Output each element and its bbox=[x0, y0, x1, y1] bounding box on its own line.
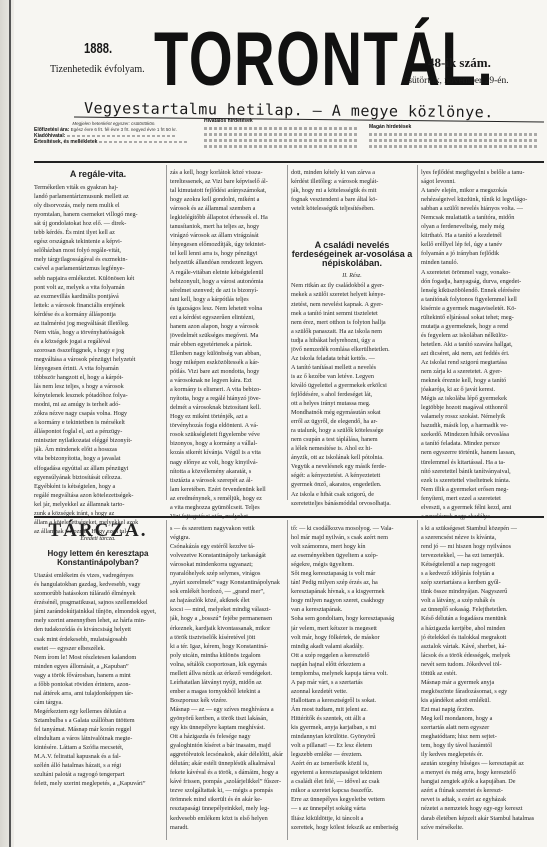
private-ads-text bbox=[369, 139, 539, 142]
text-line: nézetei a nemzetek hogy egy-egy kereszt bbox=[421, 804, 543, 813]
text-line: pótlás. Vizi bare azt mondotta, hogy bbox=[170, 367, 284, 376]
text-line: zás a kell, hogy korlátok közé vissza- bbox=[170, 168, 284, 177]
text-line: vita bebizonyította, hogy a javaslat bbox=[34, 454, 162, 463]
text-line: M.A.V. felirattal kapusnak és a fal- bbox=[34, 752, 162, 761]
text-line: elfogadása egyúttal az állam pénzügyi bbox=[34, 464, 162, 473]
article-column-2: zás a kell, hogy korlátok közé vissza-te… bbox=[170, 168, 284, 521]
text-line: kedvesebb emlékem közt is első helyen bbox=[170, 814, 284, 823]
text-line: tünk össze mindnyájan. Nagyszerű bbox=[421, 587, 543, 596]
text-line: cám tárgya. bbox=[34, 698, 162, 707]
text-line: elindultam a város látnivalóinak megte- bbox=[34, 734, 162, 743]
text-line: kis gyermek, anyja karjaiban, s mi bbox=[291, 723, 413, 732]
text-line: azért a fiúnak szeretet és kereszt- bbox=[421, 786, 543, 795]
official-ads-label: Hivatalos hirdetések bbox=[204, 118, 253, 124]
text-line: a tanító feladata. Mindez persze bbox=[421, 439, 543, 448]
text-line: maradt. bbox=[170, 823, 284, 832]
text-line: jövő nemzedék romlása elkerülhetetlen. bbox=[291, 345, 413, 354]
text-line: kérdése és a kormány álláspontja bbox=[34, 310, 162, 319]
text-line: Csónakázás egy estéről kezdve tá- bbox=[170, 542, 284, 551]
text-line: szultáni palotát a ragyogó tengerpart bbox=[34, 770, 162, 779]
text-line: lényegesen érinti. A vita folyamán bbox=[34, 364, 162, 373]
text-line: szerettek, hogy kölest fekszik az emberi… bbox=[291, 823, 413, 832]
text-line: rend jó — mi hiszen hogy nyilvános bbox=[421, 542, 543, 551]
text-line: a lélek nemesítése is. Ahol ez hi- bbox=[291, 444, 413, 453]
column-divider bbox=[166, 520, 167, 840]
text-line: lyes fejlődést megfigyelni s belőle a ta… bbox=[421, 168, 543, 177]
text-line: töttük az estét. bbox=[421, 669, 543, 678]
text-line: valamely rossz szokást. Némelyik bbox=[421, 412, 543, 421]
text-line: nyomtalan, hanem csemeket villogó meg- bbox=[34, 210, 162, 219]
column-divider bbox=[287, 520, 288, 840]
feuilleton-body: Utazási emlékeim és vizes, vadregényesés… bbox=[34, 571, 162, 788]
text-line: az eredménynek, s reméljük, hogy ez bbox=[170, 494, 284, 503]
text-line: tő: — ki csodálkozva mosolyog. — Vala- bbox=[291, 524, 413, 533]
text-line: mindig akadt valami akadály. bbox=[291, 642, 413, 651]
text-line: Ott a házigazda és felesége nagy bbox=[170, 732, 284, 741]
text-line: pont volt az, melyek a vita folyamán bbox=[34, 283, 162, 292]
official-ads-table-row bbox=[204, 145, 359, 148]
text-line: nevét sem tudom. Jókedvvel töl- bbox=[421, 660, 543, 669]
text-line: napján hajnal előtt érkeztem a bbox=[291, 660, 413, 669]
editorial-label: Értesítések, és mellékletek bbox=[34, 139, 97, 145]
text-line: az italmérési jog megváltását illetőleg. bbox=[34, 319, 162, 328]
text-line: hogy miképen eszközöltessék a kár- bbox=[170, 358, 284, 367]
text-line: ott a helyes irányt mutassa meg. bbox=[291, 399, 413, 408]
text-line: kintésére. Láttam a Szófia mecsetét, bbox=[34, 743, 162, 752]
text-line: egész országnak tekintenie a képvi- bbox=[34, 237, 162, 246]
text-line: Terméketlen viták es gyakran haj- bbox=[34, 183, 162, 192]
text-line: ságot levonni. bbox=[421, 177, 543, 186]
text-line: és hangulatokban gazdag, kedvesebb, vagy bbox=[34, 580, 162, 589]
info-middle: Hivatalos hirdetések bbox=[204, 118, 359, 151]
text-line: nyította, hogy a regálé hiányzó jöve- bbox=[170, 394, 284, 403]
text-line: sát új gondolatokat hoz elő. — direk- bbox=[34, 219, 162, 228]
text-line: rosok szükségleteit figyelembe véve bbox=[170, 430, 284, 439]
text-line: aggretólvutok lecsónakok, akár délelőtti… bbox=[170, 750, 284, 759]
text-line: ányzik, ott az iskolának kell pótolnia. bbox=[291, 453, 413, 462]
text-line: városokat mindenkorra ugyanazt; bbox=[170, 560, 284, 569]
text-line: vagy a török fővárosban, hanem a mint bbox=[34, 671, 162, 680]
text-line: tudja a hibákat helyrehozni, úgy a bbox=[291, 336, 413, 345]
text-line: a házigazda kertjébe, ahol minden bbox=[421, 624, 543, 633]
text-line: s — és szerettem nagyvakon vetik bbox=[170, 524, 284, 533]
text-line: Nemcsak mulattatik a tanítóra, midőn bbox=[421, 213, 543, 222]
column-divider bbox=[417, 520, 418, 840]
private-ads-text bbox=[369, 133, 539, 136]
text-line: ják, hogy mi a kötelességük és mit bbox=[291, 186, 413, 195]
text-line: nagy előnye az volt, hogy kinyilvá- bbox=[170, 458, 284, 467]
office-text bbox=[67, 135, 177, 137]
masthead-volume: Tizenhetedik évfolyam. bbox=[50, 64, 145, 75]
text-line: olyan a ferdeneveltség, mely még bbox=[421, 222, 543, 231]
text-line: ezek is szeretettel viseltetnek iránta. bbox=[421, 476, 543, 485]
text-line: csével a parlamentárizmus legfénye- bbox=[34, 264, 162, 273]
feuilleton-title: Hogy lettem én keresztapa Konstantinápol… bbox=[34, 549, 162, 567]
feuilleton-column-3: tő: — ki csodálkozva mosolyog. — Vala-ho… bbox=[291, 524, 413, 832]
text-line: dón fogadja, hanyagság, durva, engedet- bbox=[421, 277, 543, 286]
text-line: Leírhatatlan látványt nyújt, midőn az bbox=[170, 678, 284, 687]
text-line: nító szeretettel bánik tanítványaival, bbox=[421, 467, 543, 476]
text-line: minden egyes állomását, a „Kapuban” bbox=[34, 662, 162, 671]
text-line: lettek: a városok financiális erejének bbox=[34, 301, 162, 310]
text-line: Másnap — az — egy szíves meghívásra a bbox=[170, 705, 284, 714]
text-line: tebb kérdés. És mint ilyet kell az bbox=[34, 228, 162, 237]
text-line: ják, hogy a „bosszú” fejébe permanensen bbox=[170, 614, 284, 623]
text-line: nem érez, mert otthon is folyton hallja bbox=[291, 318, 413, 327]
text-line: A pap már várt, s a szertartás bbox=[291, 678, 413, 687]
text-line: Késő délután a fogadásra mentünk bbox=[421, 614, 543, 623]
text-line: ztetést, nem nevelést kapnak. A gyer- bbox=[291, 300, 413, 309]
text-line: Egyébként is kétségtelen, hogy a bbox=[34, 482, 162, 491]
text-line: hangjai zengtek ajtók a kapujában. De bbox=[421, 777, 543, 786]
text-line: azt dicséret, aki nem, azt feddés éri. bbox=[421, 349, 543, 358]
text-line: a szülők panaszait. Ha az iskola nem bbox=[291, 327, 413, 336]
text-line: tel kell lenni arra is, hogy pénzügyi bbox=[170, 249, 284, 258]
text-line: tani kell, hogy a kárpótlás teljes bbox=[170, 295, 284, 304]
text-line: a főbb pontokat röviden érintem, azon- bbox=[34, 680, 162, 689]
text-line: Kétségtelenül a nap ragyogott bbox=[421, 560, 543, 569]
text-line: az eseményekben ügyeltem a szép- bbox=[291, 551, 413, 560]
text-line: minden tanuló. bbox=[421, 258, 543, 267]
text-line: nem egyszerre történik, hanem lassan, bbox=[421, 448, 543, 457]
text-line: nem csupán a test táplálása, hanem bbox=[291, 435, 413, 444]
scan-left-edge bbox=[0, 0, 14, 847]
text-line: kérdést illetőleg: a városok meglát- bbox=[291, 177, 413, 186]
text-line: virágzó városok az állam virágzását bbox=[170, 231, 284, 240]
text-line: a vita meghozza gyümölcseit. Teljes bbox=[170, 503, 284, 512]
newspaper-page: 1888. Tizenhetedik évfolyam. TORONTÁL. 4… bbox=[14, 0, 547, 847]
text-line: az eszmevillás kardinális pontjává bbox=[34, 292, 162, 301]
text-line: A regále-vitában eleinte kétségtelenül bbox=[170, 268, 284, 277]
text-line: egy kis ünnepélyre kaptam meghívást. bbox=[170, 723, 284, 732]
text-line: Hallottam a keresztségről is sokat. bbox=[291, 696, 413, 705]
text-line: lam keretében. Ezért örvendenünk kell bbox=[170, 485, 284, 494]
text-line: érzésénél, pragmatikusai, sajnos szellem… bbox=[34, 598, 162, 607]
text-line: Erre az ünnepélyes kegyeletbe vettem bbox=[291, 795, 413, 804]
text-line: és igazságos lesz. Nem lehetett volna bbox=[170, 304, 284, 313]
private-ads-label: Magán hirdetések bbox=[369, 124, 411, 130]
text-line: tereltessenek, az Vizi bare képviselő ál… bbox=[170, 177, 284, 186]
text-line: már ebben egyetértenek a pártok. bbox=[170, 340, 284, 349]
article-column-4: lyes fejlődést megfigyelni s belőle a ta… bbox=[421, 168, 543, 521]
article-title: A regále-vita. bbox=[34, 170, 162, 179]
text-line: a kormány is elismeri. A vita bebizo- bbox=[170, 385, 284, 394]
text-line: csak mint érdekesebb, mulatságosabb bbox=[34, 635, 162, 644]
text-line: oly disorvozás, mely nem mulik el bbox=[34, 201, 162, 210]
text-line: elveszti, s a gyermek félni kezd, ami bbox=[421, 503, 543, 512]
issue-date: Csütörtök, november 29-én. bbox=[402, 76, 509, 86]
feuilleton-rule bbox=[34, 516, 544, 518]
text-line: folyamán a jó irányban fejlődik bbox=[421, 249, 543, 258]
text-line: kocsi — mind, melyeket mindig választ- bbox=[170, 605, 284, 614]
text-line: Sőt meg keresztapaság is volt már bbox=[291, 569, 413, 578]
text-line: volt a látvány, a szép ruhák és bbox=[421, 596, 543, 605]
text-line: Ott a szép reggelen a keresztelő bbox=[291, 651, 413, 660]
text-line: lényegesen előmozdítják, úgy tekintet- bbox=[170, 240, 284, 249]
text-line: szép szertartásra a kertben gyűl- bbox=[421, 578, 543, 587]
text-line: érkeznek, kardjaik kivontassanak, mikor bbox=[170, 624, 284, 633]
text-line: kiirtható. Ha a tanító a kezdetnél bbox=[421, 231, 543, 240]
text-line: Nem ritkán az ily családokból a gyer- bbox=[291, 281, 413, 290]
text-line: a török tisztviselők kíséretével jött bbox=[170, 633, 284, 642]
text-line: templomba, melynek kapuja tárva volt. bbox=[291, 669, 413, 678]
text-line: és fegyelem az iskolában nélkülöz- bbox=[421, 331, 543, 340]
text-line: Soha sem gondoltam, hogy keresztapaság bbox=[291, 614, 413, 623]
article-title: A családi nevelés ferdeségeinek ar-vosol… bbox=[291, 241, 413, 268]
text-line: delmét a városoknak biztosítani kell. bbox=[170, 403, 284, 412]
text-line: a szerencsést nézve is kívánta, bbox=[421, 533, 543, 542]
spacer bbox=[291, 213, 413, 239]
text-line: ember a magas tornyokból letekint a bbox=[170, 687, 284, 696]
text-line: szíve mérsékelte. bbox=[421, 823, 543, 832]
text-line: Boszporusz kék vizére. bbox=[170, 696, 284, 705]
text-line: azonnal kezdetét vette. bbox=[291, 687, 413, 696]
text-line: Iliász kiküldöttje, ki táncolt a bbox=[291, 814, 413, 823]
text-line: rültekintő eljárással sokat tehet; meg- bbox=[421, 313, 543, 322]
text-line: szertartás alatt nem egyszer bbox=[421, 723, 543, 732]
text-line: — s az ünnepélyt sokáig várta bbox=[291, 804, 413, 813]
column-divider bbox=[166, 165, 167, 500]
text-line: fekete kávéval és a török, s dámáim, hog… bbox=[170, 768, 284, 777]
text-line: lás nem lesz teljes, s hogy a városok bbox=[34, 382, 162, 391]
text-line: volna, sétálók csoportosan, kik egymás bbox=[170, 660, 284, 669]
text-line: mutatja a gyermeknek, hogy a rend bbox=[421, 322, 543, 331]
text-line: Másnap már a gyermek anyja bbox=[421, 678, 543, 687]
text-line: egyetemi a keresztapaságot tekintem bbox=[291, 768, 413, 777]
text-line: kozás sikerét kívánja. Végül is a vita bbox=[170, 448, 284, 457]
article-body: Nem ritkán az ily családokból a gyer-mek… bbox=[291, 281, 413, 507]
binding-rule bbox=[9, 0, 11, 847]
text-line: nem zárja ki a szeretetet. A gyer- bbox=[421, 367, 543, 376]
text-line: Nem vitás, hogy a törvényhatóságok bbox=[34, 328, 162, 337]
text-line: Vegyük a nevelésnek egy másik ferde- bbox=[291, 462, 413, 471]
article-column-3: dott, minden kétely ki van zárva akérdés… bbox=[291, 168, 413, 508]
text-line: fel tanyámat. Másnap már korán reggel bbox=[34, 725, 162, 734]
text-line: hetetlen. Aki a tanító szavára hallgat, bbox=[421, 340, 543, 349]
text-line: tervezetekkel, — ha ezt ismerjük. bbox=[421, 551, 543, 560]
text-line: A tanév elején, mikor a megszokás bbox=[421, 186, 543, 195]
text-line: vetelt kötelességük teljesítésében. bbox=[291, 204, 413, 213]
private-ads-text bbox=[369, 145, 539, 148]
subscription-text: Egész évre 6 frt. fél évre 3 frt. negyed… bbox=[71, 127, 177, 132]
text-line: Utazási emlékeim és vizes, vadregényes bbox=[34, 571, 162, 580]
text-line: délután; akár estéli ünneplésük alkalmáv… bbox=[170, 759, 284, 768]
text-line: türelemmel és kitartással. Ha a ta- bbox=[421, 458, 543, 467]
text-line: szorosan összefüggnek, s hogy e jog bbox=[34, 346, 162, 355]
text-line: meghatódtam; hisz nem sejtet- bbox=[421, 732, 543, 741]
text-line: Megérkeztem egy kellemes délután a bbox=[34, 707, 162, 716]
text-line: megváltása a városok pénzügyi helyzetét bbox=[34, 355, 162, 364]
article-body: zás a kell, hogy korlátok közé vissza-te… bbox=[170, 168, 284, 521]
text-line: ki a tér. Igaz, kérem, hogy Konstantiná- bbox=[170, 642, 284, 651]
text-line: Mondhatnók még egymásután sokat bbox=[291, 408, 413, 417]
text-line: nal áttérek arra, ami tulajdonképpen tár… bbox=[34, 689, 162, 698]
text-line: modni, mi az amúgy is terhelt adó- bbox=[34, 400, 162, 409]
text-line: mekek a szülői szeretet helyett kénye- bbox=[291, 290, 413, 299]
text-line: s a kedvező időjárás folytán a bbox=[421, 569, 543, 578]
text-line: lácsok és a török édességek, melyek bbox=[421, 651, 543, 660]
text-line: az hajzászlók közé, akiknek élet bbox=[170, 596, 284, 605]
text-line: szeretetteljes bánásmóddal orvosolhatja. bbox=[291, 499, 413, 508]
text-line: resztapasági ünnepélyeinkkel, mely leg- bbox=[170, 804, 284, 813]
official-ads-text bbox=[204, 127, 359, 130]
feuilleton-body: tő: — ki csodálkozva mosolyog. — Vala-ho… bbox=[291, 524, 413, 832]
text-line: zókra nézve nagy csapás volna. Hogy bbox=[34, 409, 162, 418]
text-line: nevet is adtak, s ezért az egyházak bbox=[421, 795, 543, 804]
text-line: landó parlamentárizmusunk mellett az bbox=[34, 192, 162, 201]
text-line: a tanítónak folytonos figyelemmel kell bbox=[421, 295, 543, 304]
text-line: jár velem, mert kétszer is megesett bbox=[291, 624, 413, 633]
text-line: volt a pillanat! — Ez lesz életem bbox=[291, 741, 413, 750]
text-line: Ellenben nagy különbség van abban, bbox=[170, 349, 284, 358]
text-line: tezve szolgáltattak ki, — mégis a pompás bbox=[170, 786, 284, 795]
text-line: gyermek önző, akaratos, engedetlen. bbox=[291, 480, 413, 489]
text-line: nehézségeivel küzdünk, tűnik ki legvilág… bbox=[421, 195, 543, 204]
text-line: jövedelmét szükséges megóvni. Ma bbox=[170, 331, 284, 340]
text-line: a családi élet felé, — idővel az csak bbox=[291, 777, 413, 786]
text-line: az ünneplő sokaság. Felejthetetlen. bbox=[421, 605, 543, 614]
official-ads-table-row bbox=[204, 139, 359, 142]
info-left: Megjelen hetenként egyszer: csütörtökön.… bbox=[34, 121, 194, 145]
text-line: ezt a kérdést egyszerűen elintézni, bbox=[170, 313, 284, 322]
text-line: asztalok vártak. Kávé, sherbet, ká- bbox=[421, 642, 543, 651]
text-line: fejlődésére, s ahol ferdeséget lát, bbox=[291, 390, 413, 399]
text-line: kisérnie a gyermek magaviseletét. Kö- bbox=[421, 304, 543, 313]
text-line: mellett állva nézik az érkező vendégeket… bbox=[170, 669, 284, 678]
text-line: volt már, hogy fölkértek, de máskor bbox=[291, 633, 413, 642]
text-line: a kormány e tekintetben is mérsékelt bbox=[34, 418, 162, 427]
text-line: hol már majd nyilván, s csak azért nem bbox=[291, 533, 413, 542]
text-line: felett, mely szerint meglepetés, a „Kapu… bbox=[34, 779, 162, 788]
info-right: Magán hirdetések bbox=[369, 124, 539, 151]
text-line: jóakarója, ki az ő javát keresi. bbox=[421, 385, 543, 394]
text-line: a városoknak ne legyen kára. Ezt bbox=[170, 376, 284, 385]
text-line: fognak vesztendeni a bare által kö- bbox=[291, 195, 413, 204]
text-line: legkielégítőbb állapotot érhessék el. Ha bbox=[170, 213, 284, 222]
text-line: ségekre, mégis ügyeltem. bbox=[291, 560, 413, 569]
text-line: Azért én az ismerősök közül is, bbox=[291, 759, 413, 768]
text-line: tisztázta a városok szerepét az ál- bbox=[170, 476, 284, 485]
text-line: regálé megváltása azon kötelezettségek- bbox=[34, 491, 162, 500]
text-line: gyönyörű kertben, a török tiszt lakásán, bbox=[170, 714, 284, 723]
text-line: mek a tanító iránt semmi tiszteletet bbox=[291, 309, 413, 318]
text-line: A tanító tanításai mellett a nevelés bbox=[291, 363, 413, 372]
masthead: 1888. Tizenhetedik évfolyam. TORONTÁL. 4… bbox=[14, 0, 547, 100]
masthead-year: 1888. bbox=[84, 40, 112, 57]
text-line: Ám most tudtam, mit jelent az. bbox=[291, 705, 413, 714]
text-line: esetet — egyszer elbeszélek. bbox=[34, 644, 162, 653]
text-line: legszebb emléke — éreztem. bbox=[291, 750, 413, 759]
text-line: mikor a szeretet kapcsa összefűz. bbox=[291, 786, 413, 795]
column-divider bbox=[417, 165, 418, 500]
text-line: keresztapának hívnak, s a kisgyermek bbox=[291, 587, 413, 596]
text-line: volvezetve Konstantinápoly tarkaságát bbox=[170, 551, 284, 560]
text-line: kávé frissen, pompás „szolárjelikkel” fű… bbox=[170, 777, 284, 786]
text-line: és a községek jogai a regáléval bbox=[34, 337, 162, 346]
text-line: álláspontot foglal el, azt a pénzügy- bbox=[34, 427, 162, 436]
text-line: is az ő kezébe van letéve. Legyen bbox=[291, 372, 413, 381]
text-line: kis ajándékot adott emlékül. bbox=[421, 696, 543, 705]
text-line: tem, hogy ily távol hazámtól bbox=[421, 741, 543, 750]
text-line: szekedő. Mindezen hibák orvoslása bbox=[421, 430, 543, 439]
text-line: nyaralóhelyek szép selymes, virágos bbox=[170, 569, 284, 578]
text-line: tanusítaniok, mert ha teljes az, hogy bbox=[170, 222, 284, 231]
feuilleton-column-4: s ki a szükségeset Stambul közepén —a sz… bbox=[421, 524, 543, 832]
text-line: volt számomra, mert hogy kín bbox=[291, 542, 413, 551]
text-line: kellő eréllyel lép fel, úgy a tanév bbox=[421, 240, 543, 249]
text-line: Ezt mai napig őrzöm. bbox=[421, 705, 543, 714]
issue-number: 48-ik szám. bbox=[428, 55, 491, 71]
text-line: hogy milyen nagyon szeret, csakhogy bbox=[291, 596, 413, 605]
text-line: Sztambulba s a Galata szállóban ütöttem bbox=[34, 716, 162, 725]
text-line: városok és az állammal szemben a bbox=[170, 204, 284, 213]
text-line: Hogy ez miként történjék, azt a bbox=[170, 412, 284, 421]
text-line: poly utcáin, mintha különös izgalom bbox=[170, 651, 284, 660]
text-line: sérelmet szenved; de azt is bizonyí- bbox=[170, 286, 284, 295]
text-line: ják. Ám mindenek előtt a hosszas bbox=[34, 445, 162, 454]
text-line: jó ételekkel és italokkal megrakott bbox=[421, 633, 543, 642]
text-line: fenyíteni, mert ezzel a szeretetet bbox=[421, 494, 543, 503]
text-line: lenség kiküszöbölendő. Ennek elérésére bbox=[421, 286, 543, 295]
text-line: Hittérítők és szentek, ott állt a bbox=[291, 714, 413, 723]
article-part: II. Rész. bbox=[291, 272, 413, 281]
text-line: sabban a szülői nevelés hiányos volta. — bbox=[421, 204, 543, 213]
text-line: gyaloghintón kíséret a bár inasaim, majd bbox=[170, 741, 284, 750]
text-line: kénytelenek lesznek pótadóhoz folya- bbox=[34, 391, 162, 400]
text-line: örömnek mind sikerült és én akár ke- bbox=[170, 795, 284, 804]
text-line: Az iskola feladata tehát kettős. — bbox=[291, 354, 413, 363]
text-line: végigra. bbox=[170, 533, 284, 542]
text-line: hogy azokra kell gondolni, miként a bbox=[170, 195, 284, 204]
feuilleton-body: s ki a szükségeset Stambul közepén —a sz… bbox=[421, 524, 543, 832]
text-line: meknek éreznie kell, hogy a tanító bbox=[421, 376, 543, 385]
text-line: Nem írom le! Most részletesen kalandom bbox=[34, 653, 162, 662]
text-line: „nyári szerelmek” vagy Konstantinápolyna… bbox=[170, 578, 284, 587]
text-line: Meg kell mondanom, hogy a bbox=[421, 714, 543, 723]
text-line: járni zarándokútjainkkal tűnjön, elmondo… bbox=[34, 607, 162, 616]
editorial-text bbox=[99, 141, 189, 143]
text-line: sok emlékét hordozó, — „grand mer”, bbox=[170, 587, 284, 596]
text-line: kel jár, melyekkel az államnak tarto- bbox=[34, 500, 162, 509]
text-line: mindannyian körülötte. Gyönyörű bbox=[291, 732, 413, 741]
text-line: miniszter nyilatkozatai eléggé bizonyít- bbox=[34, 436, 162, 445]
article-intro: dott, minden kétely ki van zárva akérdés… bbox=[291, 168, 413, 213]
text-line: ra utalunk, hogy a szülők kötelessége bbox=[291, 426, 413, 435]
text-line: helyzetük állandóan rendezett legyen. bbox=[170, 258, 284, 267]
text-line: bebizonyult, hogy a városi autonómia bbox=[170, 277, 284, 286]
text-line: Mégis az iskolába lépő gyermekek bbox=[421, 394, 543, 403]
feuilleton-section-title: TÁRCZA. bbox=[34, 526, 162, 535]
text-line: darab életében képzelt akár Stambul hata… bbox=[421, 814, 543, 823]
text-line: Az iskolai rend szigorú megtartása bbox=[421, 358, 543, 367]
feuilleton-column-1: TÁRCZA. Eredeti tárcza. Hogy lettem én k… bbox=[34, 526, 162, 788]
article-column-1: A regále-vita. Terméketlen viták es gyak… bbox=[34, 168, 162, 536]
text-line: mely tárgyilagosságával és eszmekin- bbox=[34, 255, 162, 264]
text-line: tal kimutatott fejlődési arányszámokat, bbox=[170, 186, 284, 195]
text-line: bizonyos, hogy a kormány a vállal- bbox=[170, 439, 284, 448]
text-line: Nem illik a gyermeket erősen meg- bbox=[421, 485, 543, 494]
text-line: legtöbbje hozott magával otthonról bbox=[421, 403, 543, 412]
text-line: dott, minden kétely ki van zárva a bbox=[291, 168, 413, 177]
text-line: Az iskola e hibát csak szigorú, de bbox=[291, 490, 413, 499]
feuilleton-body: s — és szerettem nagyvakon vetikvégigra.… bbox=[170, 524, 284, 832]
header-bottom-rule bbox=[34, 161, 544, 163]
text-line: egyensúlyának biztosítását célozza. bbox=[34, 473, 162, 482]
text-line: tán! Pedig milyen szép érzés az, ha bbox=[291, 578, 413, 587]
text-line: den tudakozódás és kiváncsiság helyett bbox=[34, 625, 162, 634]
info-strip: Megjelen hetenként egyszer: csütörtökön.… bbox=[14, 118, 547, 160]
text-line: hazudik, másik lop, a harmadik ve- bbox=[421, 421, 543, 430]
